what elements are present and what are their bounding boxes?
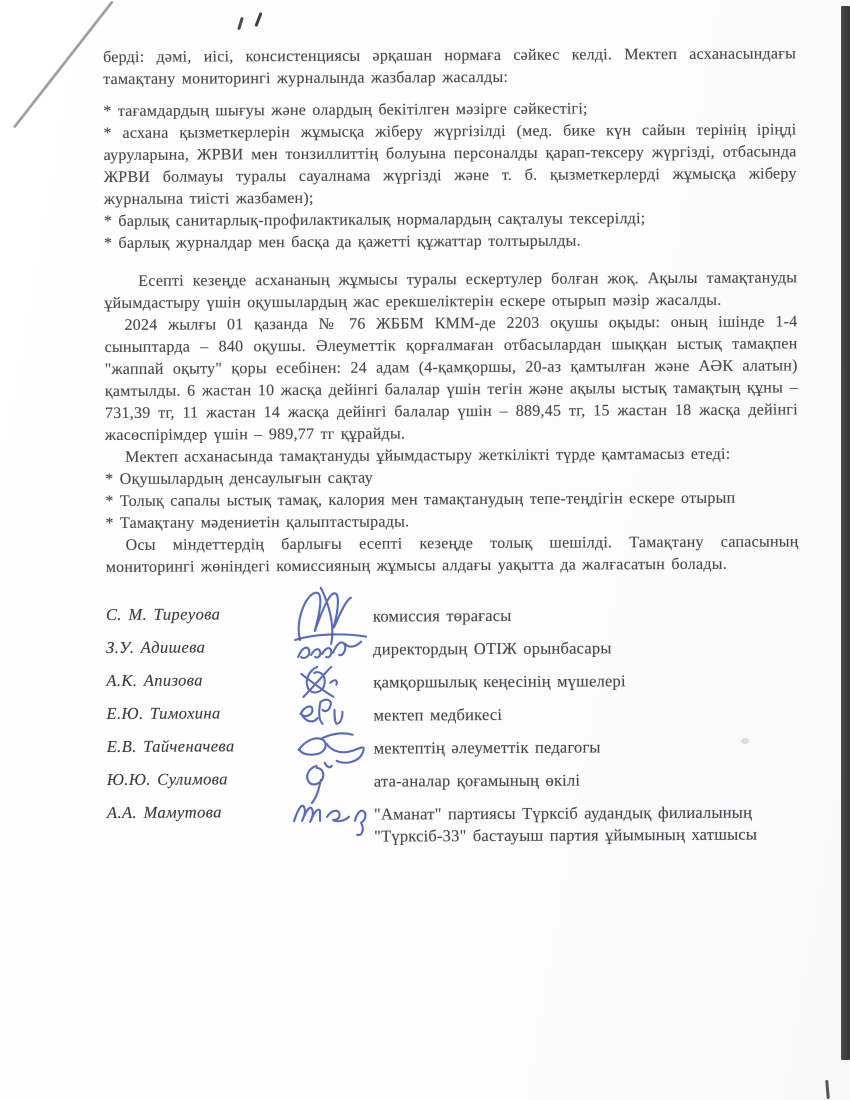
signature-block: С. М. Тиреуова комиссия төрағасы З.У. Ад… xyxy=(106,597,800,849)
signatory-role: мектеп медбикесі xyxy=(373,696,799,726)
signature-scribble-icon xyxy=(297,798,374,828)
signatory-name: Ю.Ю. Сулимова xyxy=(107,765,297,791)
signature-row: А.А. Мамутова "Аманат" партиясы Түрксіб … xyxy=(107,795,800,849)
signature-scribble-icon xyxy=(297,765,374,795)
signature-scribble-icon xyxy=(296,600,373,630)
scanned-document-page: берді: дәмі, иісі, консистенциясы әрқаша… xyxy=(0,0,850,1100)
signature-scribble-icon xyxy=(296,699,373,729)
signatory-role: директордың ОТІЖ орынбасары xyxy=(373,630,799,660)
paragraph-report-period: Есепті кезеңде асхананың жұмысы туралы е… xyxy=(104,267,797,315)
signature-row: З.У. Адишева директордың ОТІЖ орынбасары xyxy=(106,630,799,667)
signatory-role: "Аманат" партиясы Түрксіб аудандық филиа… xyxy=(374,795,800,847)
signature-row: Ю.Ю. Сулимова ата-аналар қоғамының өкілі xyxy=(107,762,800,799)
signature-scribble-icon xyxy=(297,732,374,762)
pen-tick-icon xyxy=(254,12,262,27)
paragraph-intro: берді: дәмі, иісі, консистенциясы әрқаша… xyxy=(103,43,796,91)
signatory-role: ата-аналар қоғамының өкілі xyxy=(374,762,800,792)
signature-scribble-icon xyxy=(296,666,373,696)
document-text-block: берді: дәмі, иісі, консистенциясы әрқаша… xyxy=(103,43,800,849)
signatory-name: Е.Ю. Тимохина xyxy=(106,699,296,725)
signatory-name: С. М. Тиреуова xyxy=(106,600,296,626)
signatory-role-line2: "Түрксіб-33" бастауыш партия ұйымының ха… xyxy=(374,823,800,847)
bullet-journals-filled: * барлық журналдар мен басқа да қажетті … xyxy=(104,229,797,255)
pen-tick-icon xyxy=(237,17,244,30)
signature-row: Е.Ю. Тимохина мектеп медбикесі xyxy=(106,696,799,733)
signature-scribble-icon xyxy=(296,633,373,663)
paragraph-provision: Мектеп асханасында тамақтануды ұйымдасты… xyxy=(105,443,798,469)
signatory-name: А.А. Мамутова xyxy=(107,798,297,824)
signatory-name: А.К. Апизова xyxy=(106,666,296,692)
signature-row: А.К. Апизова қамқоршылық кеңесінің мүшел… xyxy=(106,663,799,700)
signatory-role: мектептің әлеуметтік педагогы xyxy=(374,729,800,759)
bullet-staff-admission: * асхана қызметкерлерін жұмысқа жіберу ж… xyxy=(103,119,796,211)
bullet-quality-food: * Толық сапалы ыстық тамақ, калория мен … xyxy=(105,487,798,513)
signatory-name: Е.В. Тайченачева xyxy=(107,732,297,758)
bottom-pen-tick xyxy=(825,1080,830,1099)
paragraph-conclusion: Осы міндеттердің барлығы есепті кезеңде … xyxy=(106,531,799,579)
signatory-role: қамқоршылық кеңесінің мүшелері xyxy=(373,663,799,693)
signature-row: С. М. Тиреуова комиссия төрағасы xyxy=(106,597,799,634)
paragraph-statistics: 2024 жылғы 01 қазанда № 76 ЖББМ КММ-де 2… xyxy=(104,311,798,447)
signatory-name: З.У. Адишева xyxy=(106,633,296,659)
scanner-edge-strip xyxy=(841,6,850,1060)
signatory-role-line1: "Аманат" партиясы Түрксіб аудандық филиа… xyxy=(374,801,800,825)
signatory-role: комиссия төрағасы xyxy=(373,597,799,627)
crease-line-mark xyxy=(13,0,114,128)
signature-row: Е.В. Тайченачева мектептің әлеуметтік пе… xyxy=(107,729,800,766)
